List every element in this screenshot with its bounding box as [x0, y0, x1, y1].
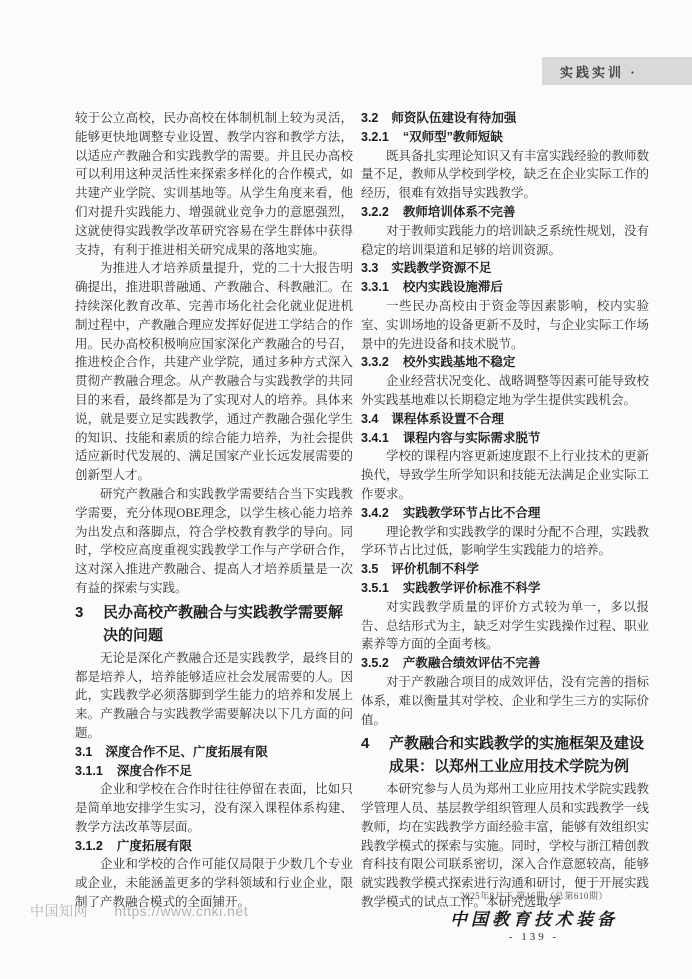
- heading-title: 评价机制不科学: [391, 562, 479, 576]
- header-section-tag: 实践实训 ·: [542, 57, 692, 85]
- body-paragraph: 学校的课程内容更新速度跟不上行业技术的更新换代，导致学生所学知识和技能无法满足企…: [361, 447, 649, 503]
- body-paragraph: 对于产教融合项目的成效评估，没有完善的指标体系，难以衡量其对学校、企业和学生三方…: [361, 673, 649, 729]
- heading-title: 深度合作不足: [117, 764, 192, 778]
- heading-title: 广度拓展有限: [117, 839, 192, 853]
- journal-page: 实践实训 · 较于公立高校，民办高校在体制机制上较为灵活，能够更快地调整专业设置…: [0, 0, 692, 979]
- journal-footer: 2025年8月下 第16期（总第610期） 中国教育技术装备 - 139 -: [418, 889, 650, 943]
- body-paragraph: 理论教学和实践教学的课时分配不合理，实践教学环节占比过低，影响学生实践能力的培养…: [361, 523, 649, 561]
- heading-title: 民办高校产教融合与实践教学需要解决的问题: [103, 601, 353, 647]
- heading-title: 产教融合和实践教学的实施框架及建设成果：以郑州工业应用技术学院为例: [389, 732, 649, 778]
- heading-3: 3 民办高校产教融合与实践教学需要解决的问题: [75, 601, 353, 647]
- heading-title: “双师型”教师短缺: [403, 130, 503, 144]
- heading-title: 产教融合绩效评估不完善: [403, 656, 541, 670]
- heading-3-4: 3.4课程体系设置不合理: [361, 410, 649, 429]
- body-paragraph: 研究产教融合和实践教学需要结合当下实践教学需要，充分体现OBE理念，以学生核心能…: [75, 485, 353, 598]
- page-number: - 139 -: [418, 931, 650, 943]
- heading-3-2-2: 3.2.2教师培训体系不完善: [361, 203, 649, 222]
- heading-number: 3.2: [361, 111, 378, 125]
- heading-number: 3.1: [75, 745, 92, 759]
- body-paragraph: 对于教师实践能力的培训缺乏系统性规划，没有稳定的培训渠道和足够的培训资源。: [361, 222, 649, 260]
- heading-number: 3.4.1: [361, 431, 389, 445]
- heading-title: 课程内容与实际需求脱节: [403, 431, 541, 445]
- right-column: 3.2师资队伍建设有待加强 3.2.1“双师型”教师短缺 既具备扎实理论知识又有…: [361, 109, 649, 912]
- heading-title: 实践教学评价标准不科学: [403, 581, 541, 595]
- heading-4: 4 产教融合和实践教学的实施框架及建设成果：以郑州工业应用技术学院为例: [361, 732, 649, 778]
- body-paragraph: 企业经营状况变化、战略调整等因素可能导致校外实践基地难以长期稳定地为学生提供实践…: [361, 372, 649, 410]
- heading-number: 3.2.2: [361, 205, 389, 219]
- cnki-label: 中国知网: [30, 903, 88, 919]
- heading-3-3-2: 3.3.2校外实践基地不稳定: [361, 353, 649, 372]
- heading-title: 师资队伍建设有待加强: [391, 111, 516, 125]
- left-column: 较于公立高校，民办高校在体制机制上较为灵活，能够更快地调整专业设置、教学内容和教…: [75, 109, 353, 912]
- heading-3-5-1: 3.5.1实践教学评价标准不科学: [361, 579, 649, 598]
- heading-number: 3.1.1: [75, 764, 103, 778]
- heading-3-1: 3.1深度合作不足、广度拓展有限: [75, 743, 353, 762]
- heading-3-4-1: 3.4.1课程内容与实际需求脱节: [361, 429, 649, 448]
- body-paragraph: 为推进人才培养质量提升，党的二十大报告明确提出，推进职普融通、产教融合、科教融汇…: [75, 259, 353, 485]
- heading-3-1-2: 3.1.2广度拓展有限: [75, 837, 353, 856]
- body-paragraph: 一些民办高校由于资金等因素影响，校内实验室、实训场地的设备更新不及时，与企业实际…: [361, 297, 649, 353]
- heading-title: 实践教学资源不足: [391, 261, 491, 275]
- heading-3-5-2: 3.5.2产教融合绩效评估不完善: [361, 654, 649, 673]
- heading-number: 3.3.2: [361, 355, 389, 369]
- heading-title: 深度合作不足、广度拓展有限: [105, 745, 268, 759]
- heading-3-3: 3.3实践教学资源不足: [361, 259, 649, 278]
- heading-3-5: 3.5评价机制不科学: [361, 560, 649, 579]
- heading-number: 3.3.1: [361, 280, 389, 294]
- heading-number: 3.2.1: [361, 130, 389, 144]
- heading-number: 3.1.2: [75, 839, 103, 853]
- heading-title: 实践教学环节占比不合理: [403, 506, 541, 520]
- heading-3-1-1: 3.1.1深度合作不足: [75, 762, 353, 781]
- heading-title: 校内实践设施滞后: [403, 280, 503, 294]
- heading-title: 教师培训体系不完善: [403, 205, 516, 219]
- body-paragraph: 较于公立高校，民办高校在体制机制上较为灵活，能够更快地调整专业设置、教学内容和教…: [75, 109, 353, 259]
- heading-number: 3.5.2: [361, 656, 389, 670]
- body-paragraph: 无论是深化产教融合还是实践教学，最终目的都是培养人，培养能够适应社会发展需要的人…: [75, 649, 353, 743]
- heading-number: 3.4: [361, 412, 378, 426]
- heading-title: 课程体系设置不合理: [391, 412, 504, 426]
- body-paragraph: 对实践教学质量的评价方式较为单一，多以报告、总结形式为主，缺乏对学生实践操作过程…: [361, 598, 649, 654]
- issue-info: 2025年8月下 第16期（总第610期）: [418, 889, 650, 902]
- heading-number: 3.3: [361, 261, 378, 275]
- body-paragraph: 企业和学校在合作时往往停留在表面，比如只是简单地安排学生实习，没有深入课程体系构…: [75, 780, 353, 836]
- cnki-url: https://www.cnki.net: [114, 903, 248, 919]
- cnki-watermark: 中国知网 https://www.cnki.net: [30, 901, 248, 921]
- heading-3-4-2: 3.4.2实践教学环节占比不合理: [361, 504, 649, 523]
- body-paragraph: 既具备扎实理论知识又有丰富实践经验的教师数量不足，教师从学校到学校，缺乏在企业实…: [361, 147, 649, 203]
- heading-title: 校外实践基地不稳定: [403, 355, 516, 369]
- heading-3-3-1: 3.3.1校内实践设施滞后: [361, 278, 649, 297]
- journal-title: 中国教育技术装备: [418, 905, 650, 930]
- heading-number: 3.4.2: [361, 506, 389, 520]
- heading-3-2: 3.2师资队伍建设有待加强: [361, 109, 649, 128]
- heading-3-2-1: 3.2.1“双师型”教师短缺: [361, 128, 649, 147]
- heading-number: 4: [361, 732, 389, 778]
- heading-number: 3: [75, 601, 103, 647]
- heading-number: 3.5: [361, 562, 378, 576]
- header-section-tag-label: 实践实训 ·: [560, 62, 638, 81]
- heading-number: 3.5.1: [361, 581, 389, 595]
